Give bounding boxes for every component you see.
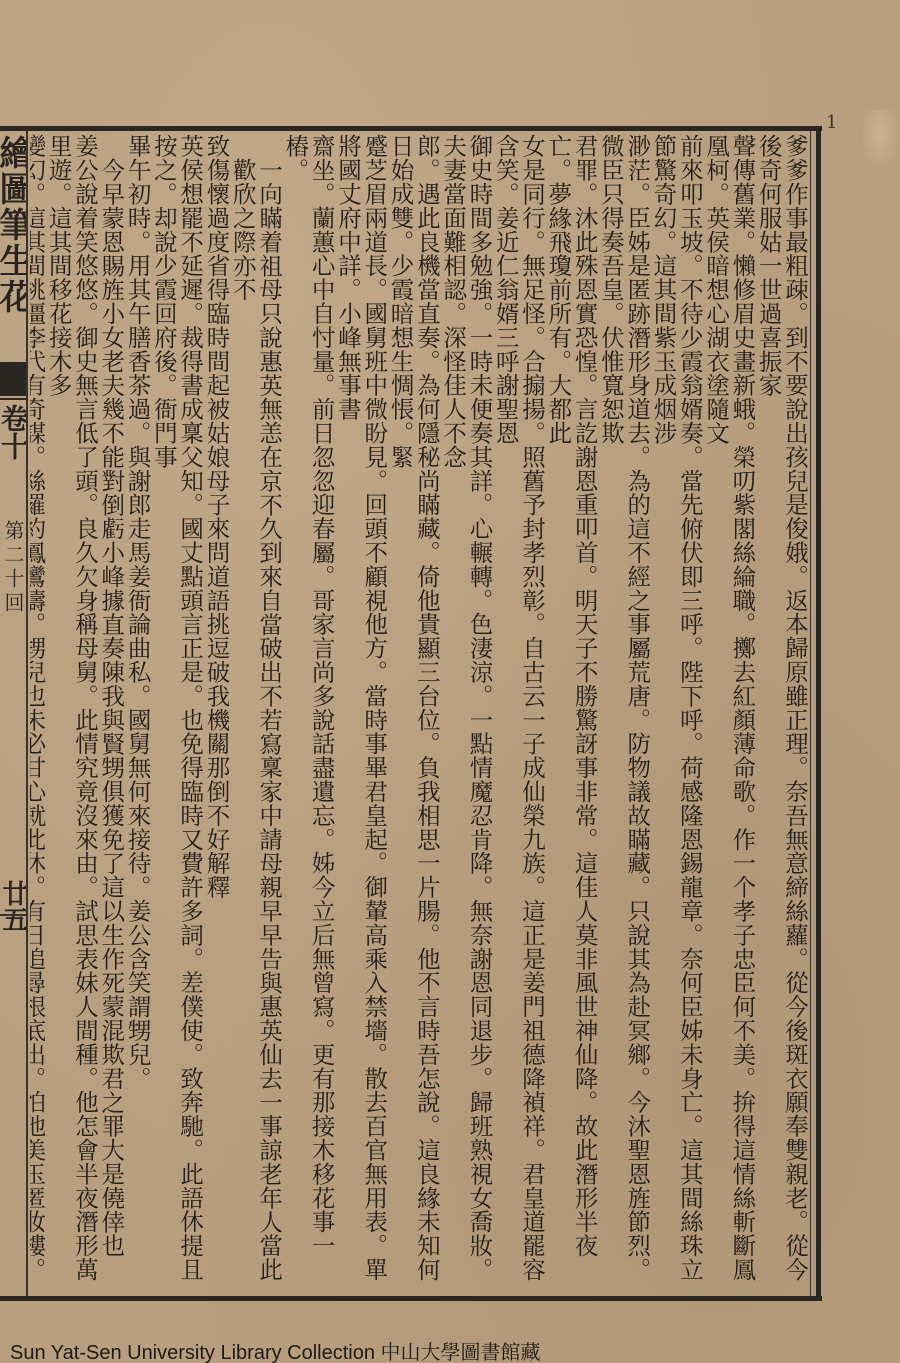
text-column: 今早蒙恩賜旌小女老夫幾不能對倒虧小峰據直奏陳我與賢甥俱獲免了這以生作死蒙混欺君之…	[98, 134, 124, 1294]
vertical-text-block: 爹爹作事最粗疎。到不要說出孩兒是俊娥。返本歸原雖正理。奈吾無意締絲蘿。從今後斑衣…	[30, 134, 808, 1294]
frame-border-top	[0, 126, 822, 131]
text-column: 君罪。沐此殊恩實恐惶。言訖謝恩重叩首。明天子不勝驚訝事非常。這佳人莫非風世神仙降…	[545, 134, 598, 1294]
margin-volume: 卷十	[0, 404, 26, 460]
scanned-book-page: 1 繪圖筆生花 卷十 第二十回 廿五 爹爹作事最粗疎。到不要說出孩兒是俊娥。返本…	[0, 0, 900, 1363]
text-column: 前來叩玉坡。不待少霞翁婿奏。當先俯伏即三呼。陛下呼。荷感隆恩錫龍章。奈何臣姊未身…	[650, 134, 703, 1294]
fishtail-divider	[0, 398, 28, 400]
frame-border-right	[816, 126, 821, 1301]
text-column: 英侯想罷不延遲。裁得書成稟父知。國丈點頭言正是。也免得臨時又費許多詞。差僕使。致…	[151, 134, 204, 1294]
text-column: 渺茫。臣姊是匿跡潛形身道去。為的這不經之事屬荒唐。防物議故瞞藏。只說其為赴冥鄉。…	[598, 134, 651, 1294]
page-mark: 1	[826, 112, 837, 133]
frame-border-bottom	[0, 1296, 822, 1301]
margin-leaf-number: 廿五	[0, 880, 26, 932]
text-column: 畢午初時。用其午膳香茶過。與謝郎走馬姜衙論曲私。國舅無何來接待。姜公含笑謂甥兒。	[124, 134, 150, 1294]
margin-book-title: 繪圖筆生花	[0, 135, 26, 315]
text-column: 聲傳舊業。懶修眉史畫新蛾。榮叨紫閣絲綸職。擲去紅顏薄命歌。作一个孝子忠臣何不美。…	[703, 134, 756, 1294]
text-column: 齋坐。蘭蕙心中自忖量。前日忽忽迎春屬。哥家言尚多說話盡遺忘。姊今立后無曾寫。更有…	[282, 134, 335, 1294]
text-column: 郎。遇此良機當直奏。為何隱秘尚瞞藏。倚他貴顯三台位。負我相思一片腸。他不言時吾怎…	[387, 134, 440, 1294]
text-column: 蹙芝眉兩道長。國舅班中微盼見。回頭不顧視他方。當時事畢君皇起。御輦高乘入禁墻。散…	[335, 134, 388, 1294]
paper-wear	[860, 110, 900, 170]
margin-chapter: 第二十回	[0, 520, 26, 616]
margin-divider	[0, 914, 26, 916]
frame-border-right-inner	[810, 131, 811, 1296]
text-column: 女是同行。無足怪。合搧揚。照舊予封孝烈彰。自古云一子成仙榮九族。這正是姜門祖德降…	[492, 134, 545, 1294]
margin-column-rule	[26, 131, 28, 1296]
text-column: 變幻。這其間桃僵李代有奇謀。絲羅約鳳鸞儔。甥兒也未必甘心就此休。有日追尋根底出。…	[30, 134, 45, 1294]
fishtail-mark	[0, 362, 26, 396]
text-column: 爹爹作事最粗疎。到不要說出孩兒是俊娥。返本歸原雖正理。奈吾無意締絲蘿。從今後斑衣…	[755, 134, 808, 1294]
collection-credit: Sun Yat-Sen University Library Collectio…	[10, 1336, 541, 1363]
text-column: 姜公說着笑悠悠。御史無言低了頭。良久欠身稱母舅。此情究竟沒來由。試思表妹人間種。…	[45, 134, 98, 1294]
text-column: 一向瞞着祖母只說惠英無恙在京不久到來自當破出不若寫稟家中請母親早早告與惠英仙去一…	[229, 134, 282, 1294]
text-column: 致傷懷過度省得臨時間起被姑娘母子來問道語挑逗破我機關那倒不好解釋	[203, 134, 229, 1294]
text-column: 御史時間多勉強。一時未便奏其詳。心輾轉。色淒涼。一點情魔忍肯降。無奈謝恩同退步。…	[440, 134, 493, 1294]
